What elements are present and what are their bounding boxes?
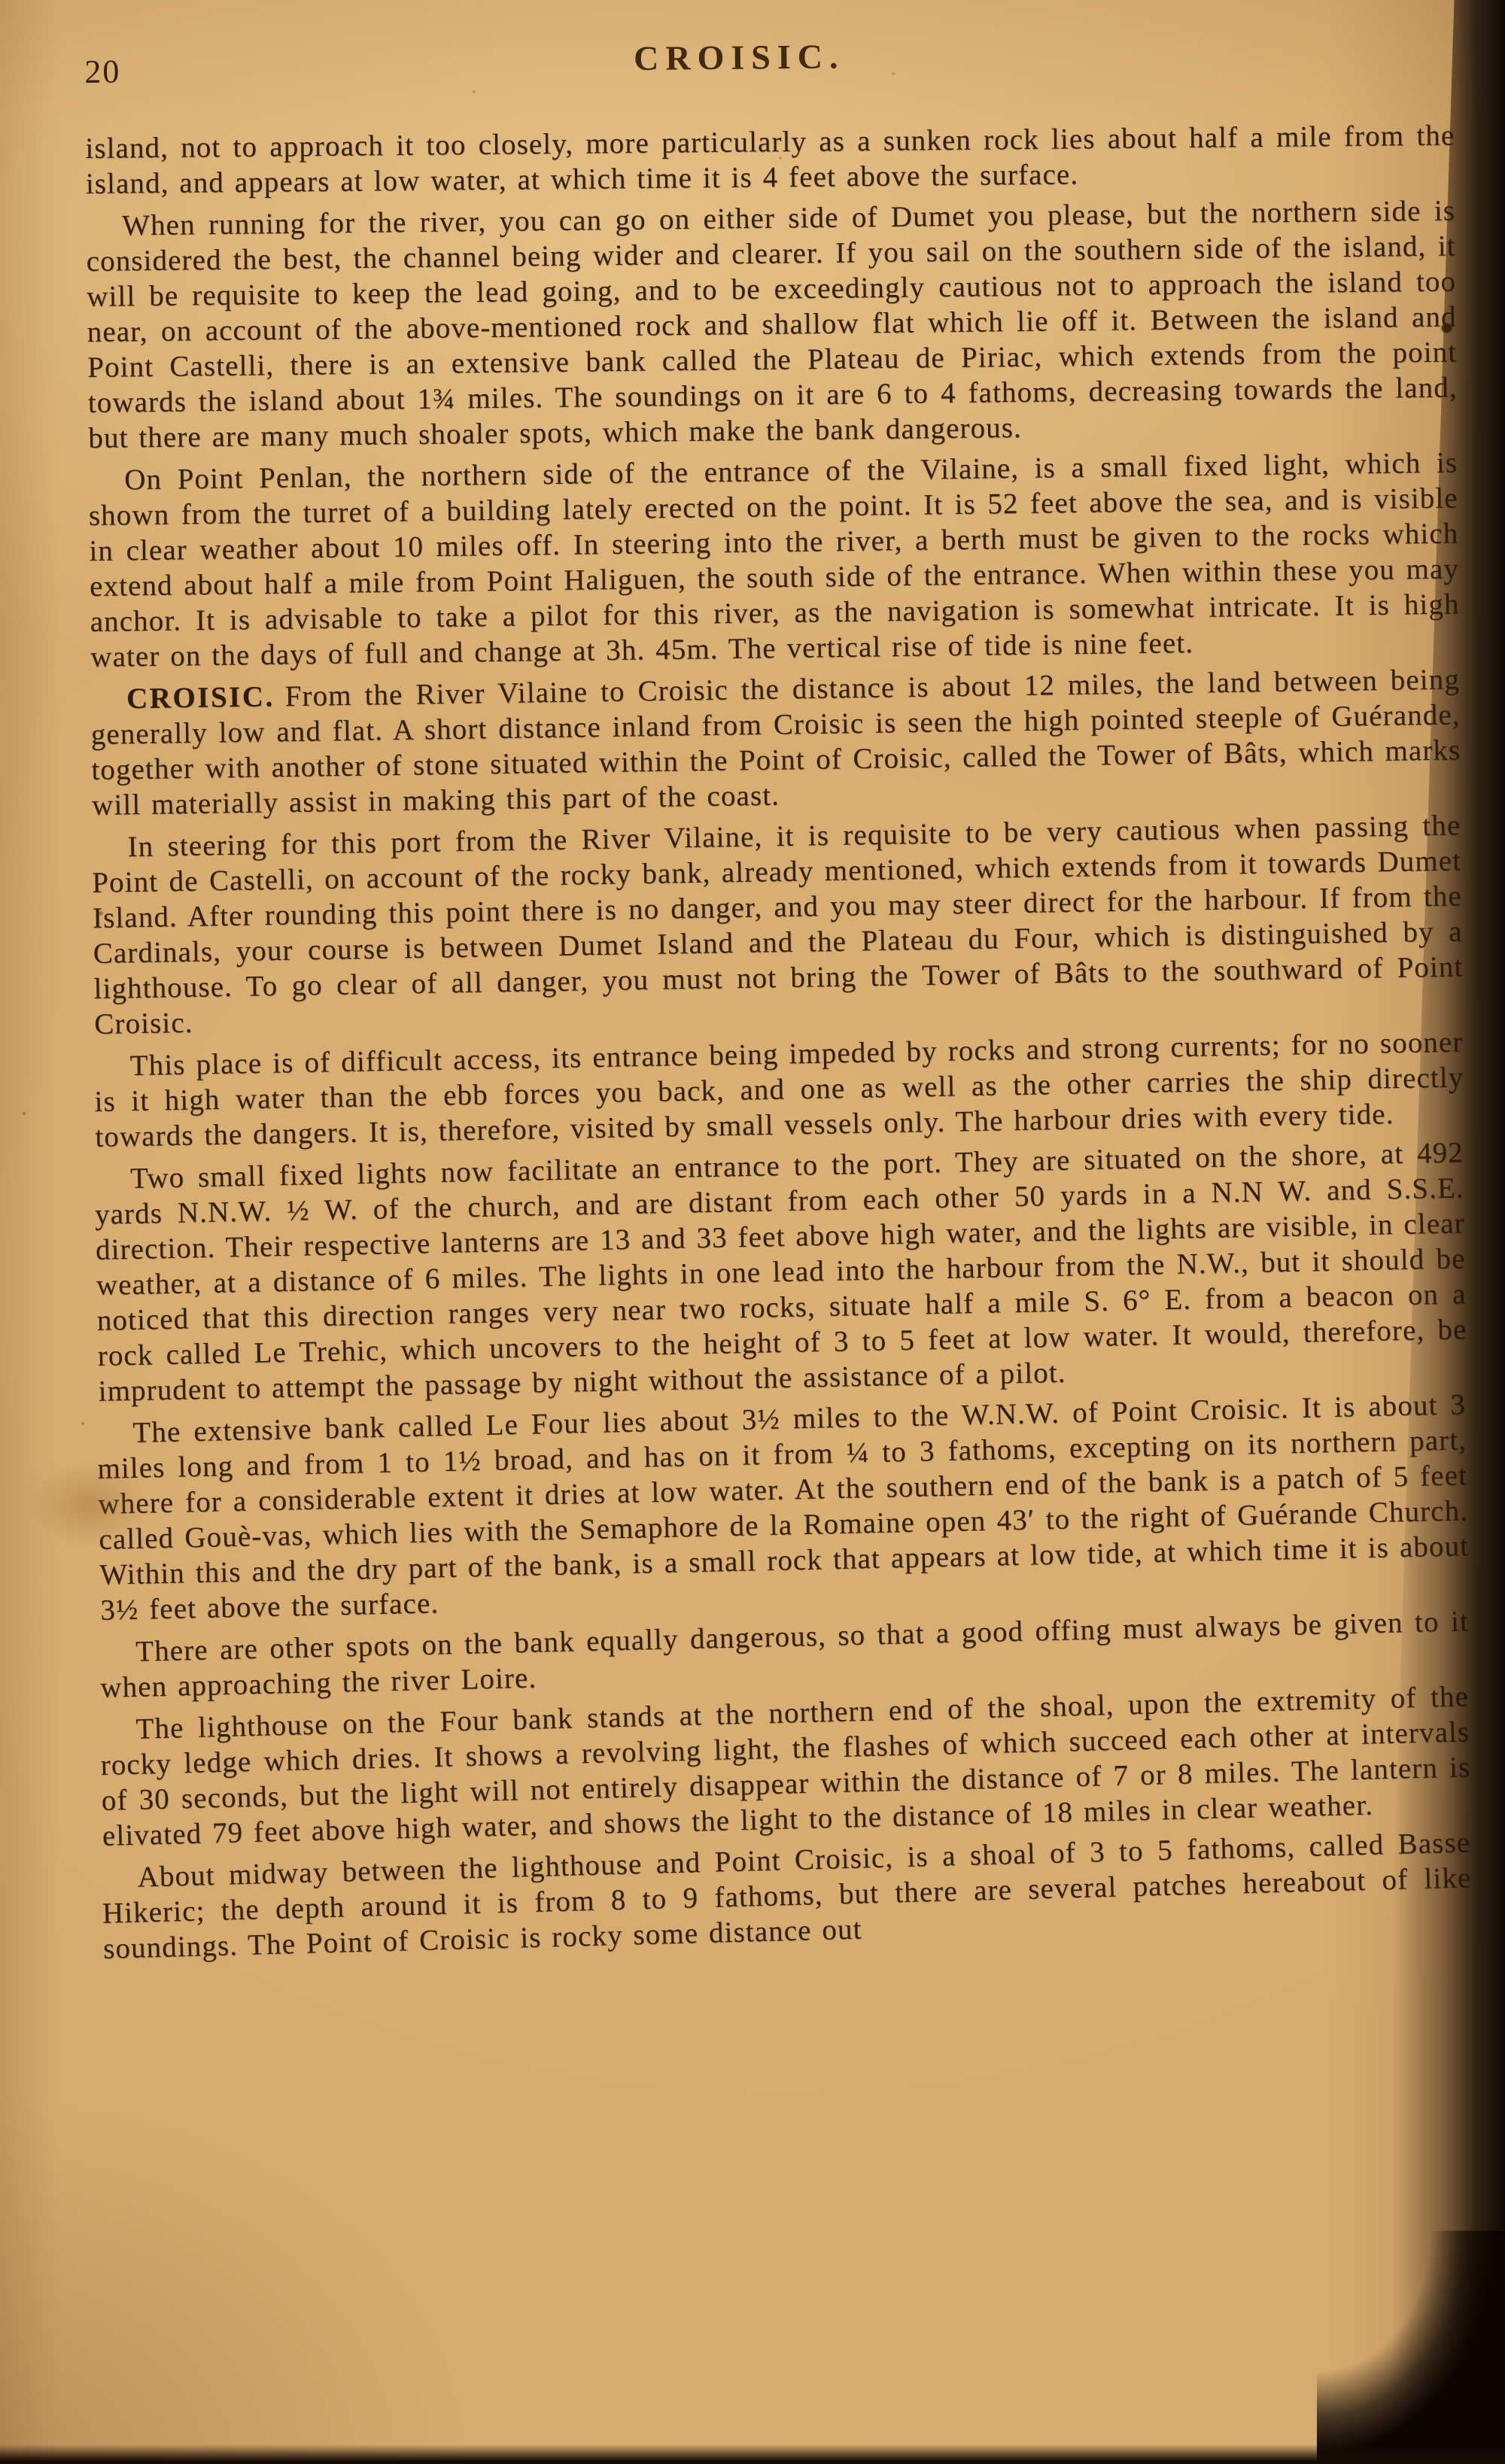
scanned-book-page: 20 CROISIC. island, not to approach it t…	[0, 0, 1505, 2464]
paragraph: On Point Penlan, the northern side of th…	[88, 445, 1460, 674]
page-corner-shadow	[1317, 2231, 1505, 2464]
paragraph: Two small fixed lights now facilitate an…	[94, 1135, 1468, 1409]
paragraph: CROISIC.From the River Vilaine to Croisi…	[90, 661, 1462, 823]
running-title: CROISIC.	[84, 31, 1394, 84]
paragraph: The extensive bank called Le Four lies a…	[96, 1387, 1470, 1628]
paragraph: When running for the river, you can go o…	[86, 193, 1458, 456]
page-body: island, not to approach it too closely, …	[85, 118, 1472, 1967]
paragraph: island, not to approach it too closely, …	[85, 118, 1455, 202]
paper-smudge	[29, 1461, 149, 1548]
page-paper: 20 CROISIC. island, not to approach it t…	[0, 0, 1505, 2464]
paragraph: The lighthouse on the Four bank stands a…	[99, 1679, 1472, 1854]
page-content: 20 CROISIC. island, not to approach it t…	[84, 26, 1473, 1973]
paper-specks	[0, 0, 3, 3]
page-edge-shadow-bottom	[0, 2444, 1505, 2464]
paragraph: This place is of difficult access, its e…	[93, 1024, 1464, 1155]
page-header: 20 CROISIC.	[84, 26, 1455, 131]
paragraph-lead-word: CROISIC.	[126, 680, 275, 715]
paragraph: In steering for this port from the River…	[91, 807, 1464, 1042]
